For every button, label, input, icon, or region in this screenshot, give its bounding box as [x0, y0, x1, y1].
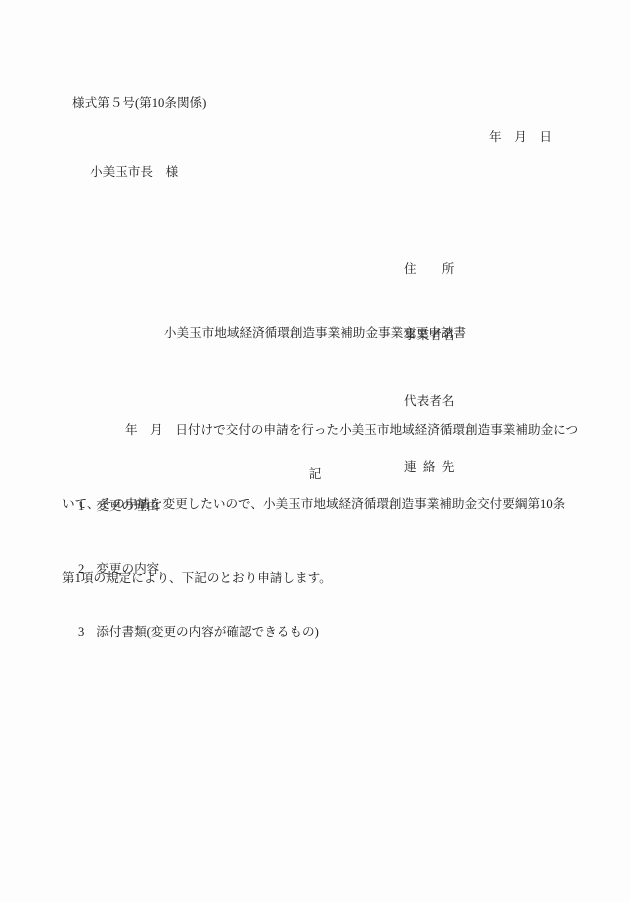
date-line: 年 月 日 — [489, 130, 552, 144]
addressee-line: 小美玉市長 様 — [90, 165, 178, 179]
list-item-attached-documents: 3 添付書類(変更の内容が確認できるもの) — [78, 625, 319, 639]
record-marker: 記 — [0, 463, 630, 482]
list-item-change-content: 2 変更の内容 — [78, 562, 159, 576]
item-label: 変更の内容 — [96, 562, 159, 576]
document-title: 小美玉市地域経済循環創造事業補助金事業変更申請書 — [0, 322, 630, 341]
item-number: 3 — [78, 625, 84, 639]
applicant-field-address: 住 所 — [404, 258, 454, 280]
item-label: 添付書類(変更の内容が確認できるもの) — [96, 625, 318, 639]
item-label: 変更の理由 — [96, 499, 159, 513]
item-number: 2 — [78, 562, 84, 576]
document-page: 様式第５号(第10条関係) 年 月 日 小美玉市長 様 住 所 事業者名 代表者… — [0, 0, 630, 903]
body-line: 年 月 日付けで交付の申請を行った小美玉市地域経済循環創造事業補助金につ — [62, 418, 578, 443]
list-item-change-reason: 1 変更の理由 — [78, 499, 159, 513]
form-number: 様式第５号(第10条関係) — [72, 96, 206, 110]
item-number: 1 — [78, 499, 84, 513]
